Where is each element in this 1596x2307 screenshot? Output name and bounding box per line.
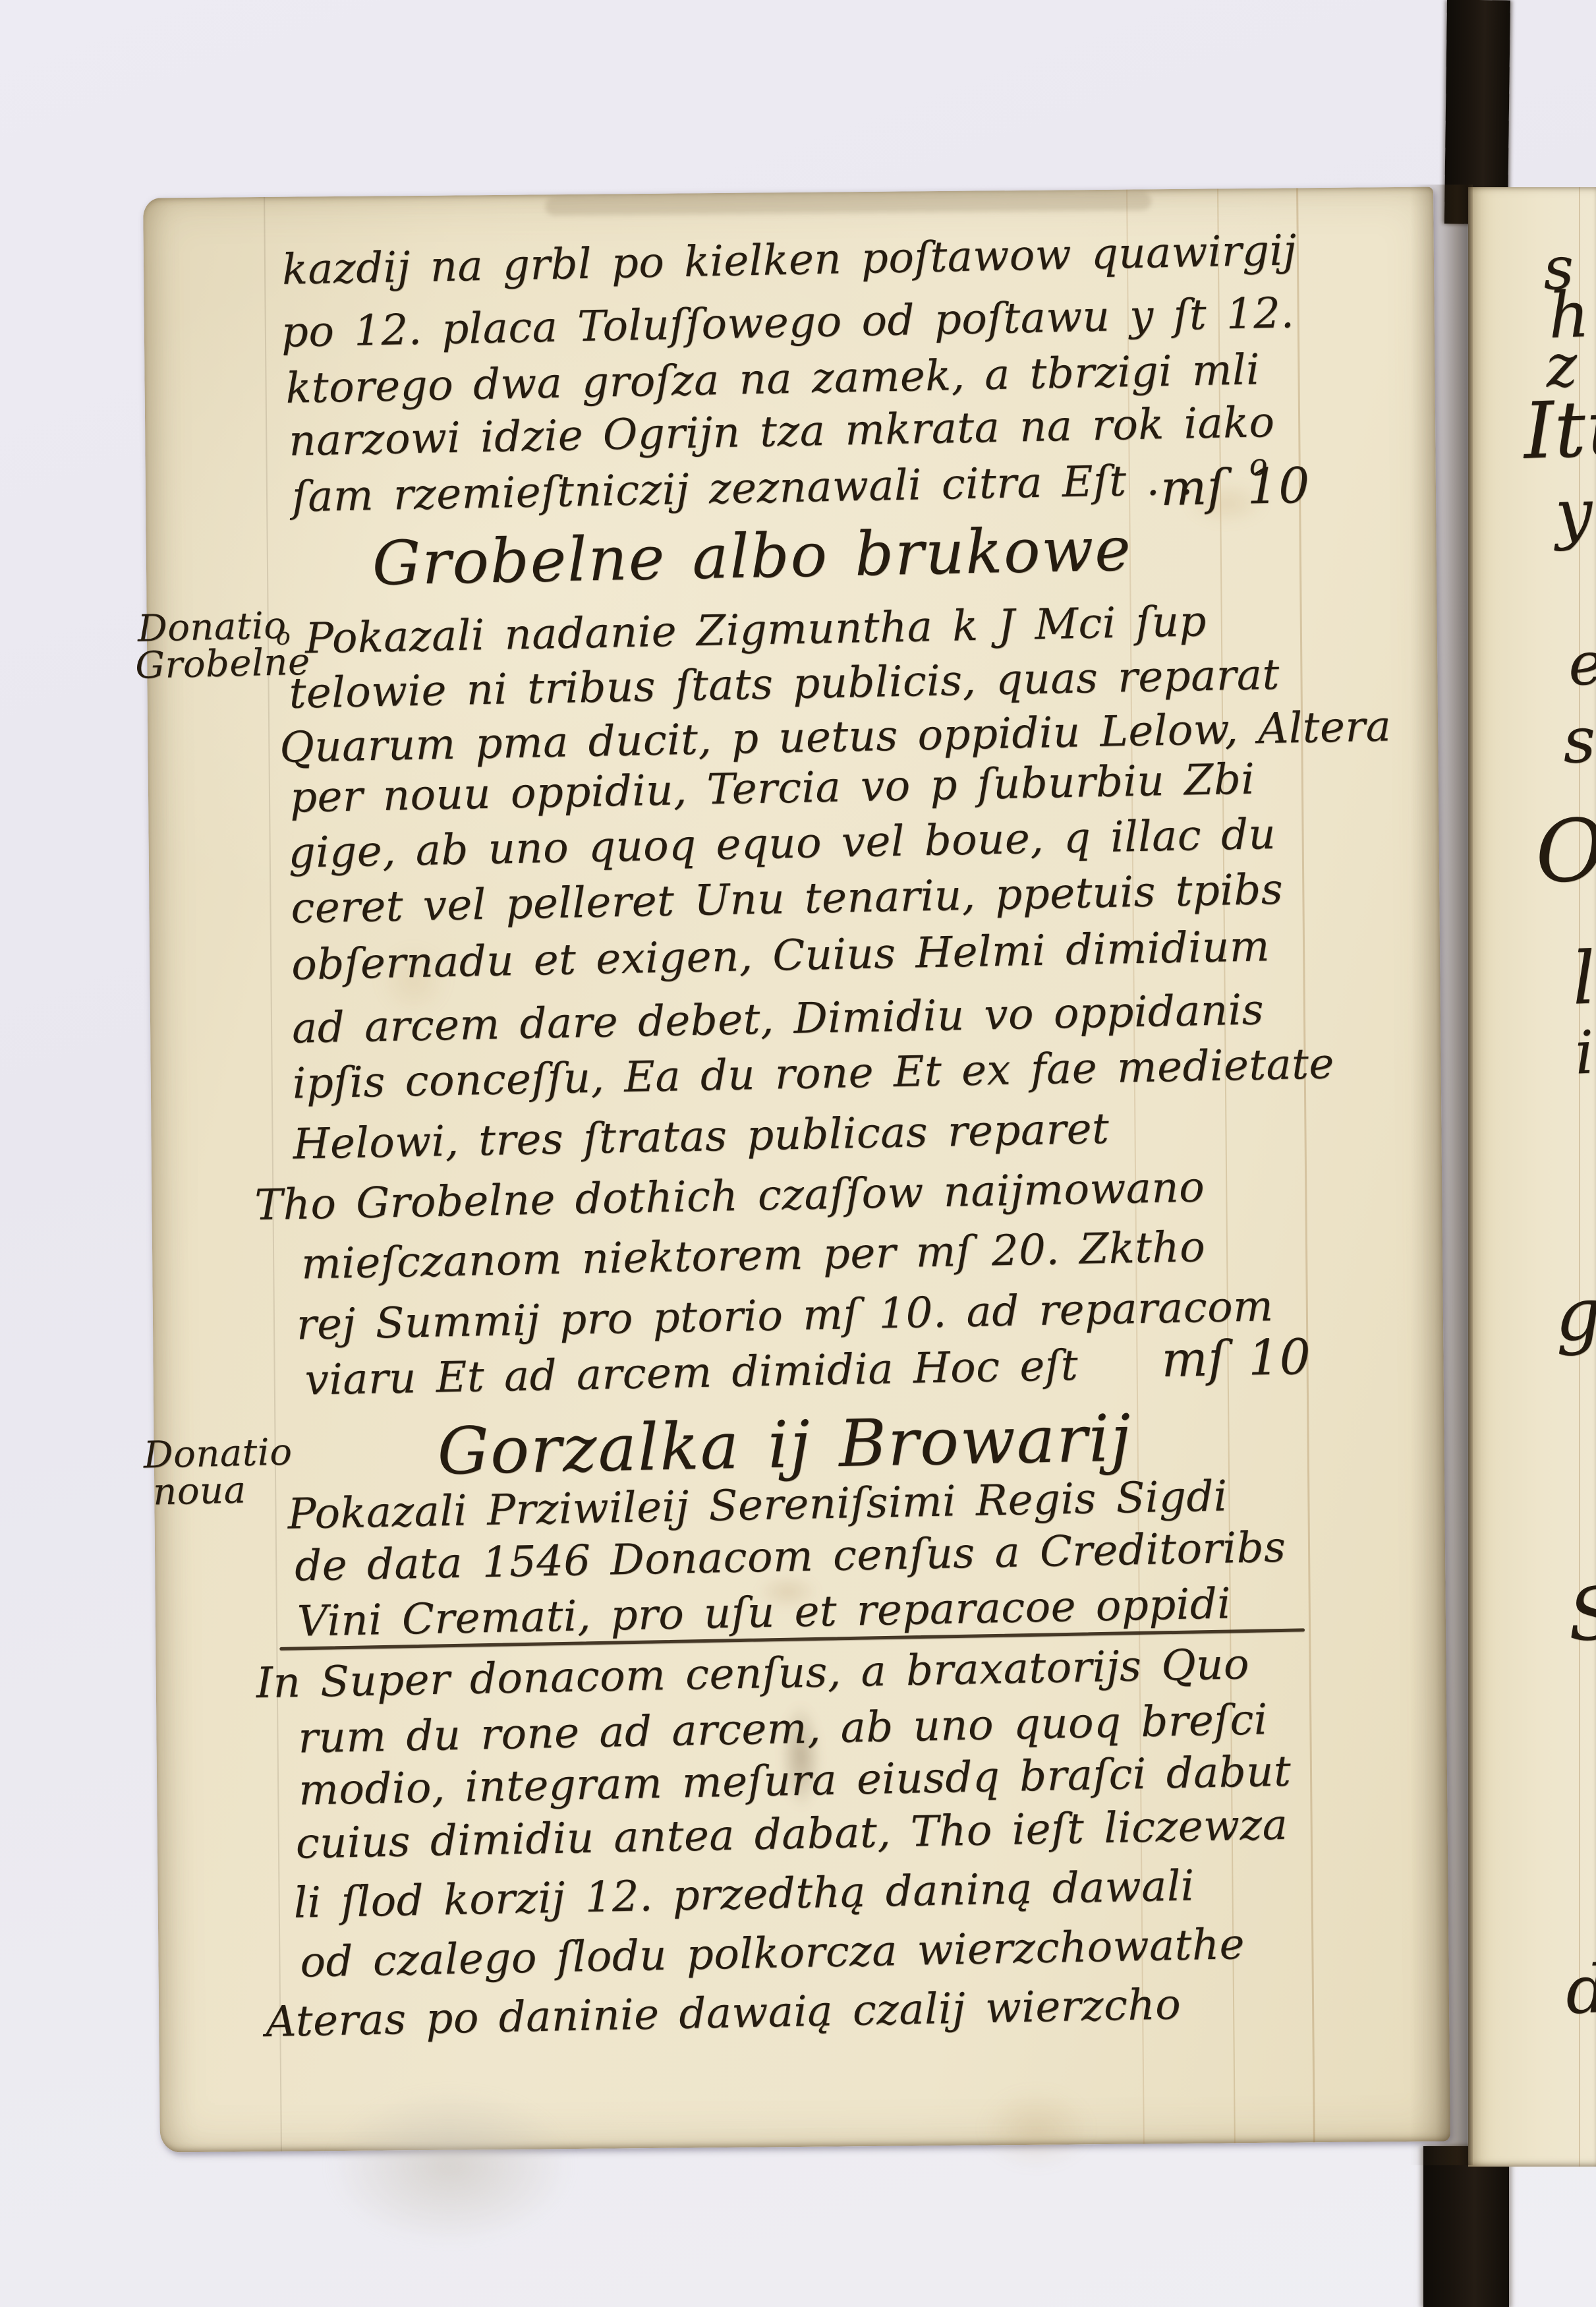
manuscript-line: obſernadu et exigen, Cuius Helmi dimidiu… [291, 925, 1270, 986]
manuscript-line: ſam rzemieſtniczij zeznawali citra Eſt .… [291, 459, 1193, 518]
manuscript-line: Ateras po daninie dawaią czalij wierzcho [266, 1983, 1182, 2043]
facing-page-text-fragment: O [1533, 800, 1596, 902]
facing-page-text-fragment: l [1571, 935, 1596, 1020]
manuscript-line: viaru Et ad arcem dimidia Hoc eſt [304, 1345, 1079, 1402]
manuscript-line: li ſlod korzij 12. przedthą daniną dawal… [293, 1865, 1195, 1924]
manuscript-line: kazdij na grbl po kielken poſtawow quawi… [281, 229, 1297, 291]
tan-stain-4 [960, 2072, 1112, 2185]
manuscript-line: od czalego ſlodu polkorcza wierzchowathe [300, 1923, 1245, 1984]
amount-mark-block1: mſ 10 [1160, 461, 1310, 513]
manuscript-line: In Super donacom cenſus, a braxatorijs Q… [256, 1643, 1249, 1705]
paragraph-mark: o [276, 625, 291, 649]
manuscript-line: mieſczanom niektorem per mſ 20. Zktho [301, 1226, 1206, 1285]
manuscript-line: ipſis conceſſu, Ea du rone Et ex fae med… [292, 1043, 1334, 1105]
facing-page-text-fragment: e [1567, 629, 1596, 699]
section-heading-grobelne: Grobelne albo brukowe [372, 519, 1132, 594]
manuscript-line: Helowi, tres ſtratas publicas reparet [293, 1108, 1110, 1166]
facing-page-text-fragment: S [1567, 1571, 1596, 1658]
scanned-manuscript-screenshot: { "meta": { "description": "Scanned open… [0, 0, 1596, 2307]
manuscript-page: Donatio Grobelne Donatio noua kazdij na … [143, 187, 1450, 2153]
facing-page-text-fragment: g [1554, 1271, 1596, 1357]
margin-zero-mark: o [1249, 449, 1268, 480]
manuscript-line: cuius dimidiu antea dabat, Tho ieſt licz… [295, 1804, 1288, 1865]
margin-note-donatio-noua-word2: noua [153, 1472, 246, 1511]
facing-page-text-fragment: Itu [1522, 382, 1596, 477]
manuscript-line: ceret vel pelleret Unu tenariu, ppetuis … [291, 869, 1284, 930]
facing-page-text-fragment: s [1562, 703, 1596, 778]
bookmark-ribbon-bottom [1423, 2146, 1509, 2307]
margin-note-donatio-noua-word1: Donatio [143, 1434, 293, 1475]
book-gutter-shadow [1410, 185, 1473, 2165]
manuscript-line: gige, ab uno quoq equo vel boue, q illac… [288, 813, 1276, 875]
facing-page-text-fragment: d [1564, 1950, 1596, 2029]
amount-mark-block2: mſ 10 [1161, 1333, 1311, 1384]
manuscript-line: narzowi idzie Ogrijn tza mkrata na rok i… [289, 401, 1275, 463]
manuscript-line: po 12. placa Toluſſowego od poſtawu y ſt… [281, 292, 1294, 354]
manuscript-line: rej Summij pro ptorio mſ 10. ad reparaco… [296, 1285, 1274, 1346]
top-edge-grime [545, 192, 1151, 216]
facing-page-text-fragment: i [1574, 1018, 1595, 1088]
section-heading-gorzalka: Gorzalka ij Browarij [437, 1407, 1133, 1484]
manuscript-line: Pokazali nadanie Zigmuntha k J Mci ſup [304, 600, 1207, 660]
manuscript-line: Tho Grobelne dothich czaſſow naijmowano [254, 1167, 1205, 1227]
facing-page-text-fragment: y [1554, 474, 1594, 552]
facing-page-edge: s h z Itu y e s O l i g S d [1468, 187, 1596, 2167]
water-stain [285, 2059, 616, 2273]
left-fold-crease [264, 197, 282, 2151]
